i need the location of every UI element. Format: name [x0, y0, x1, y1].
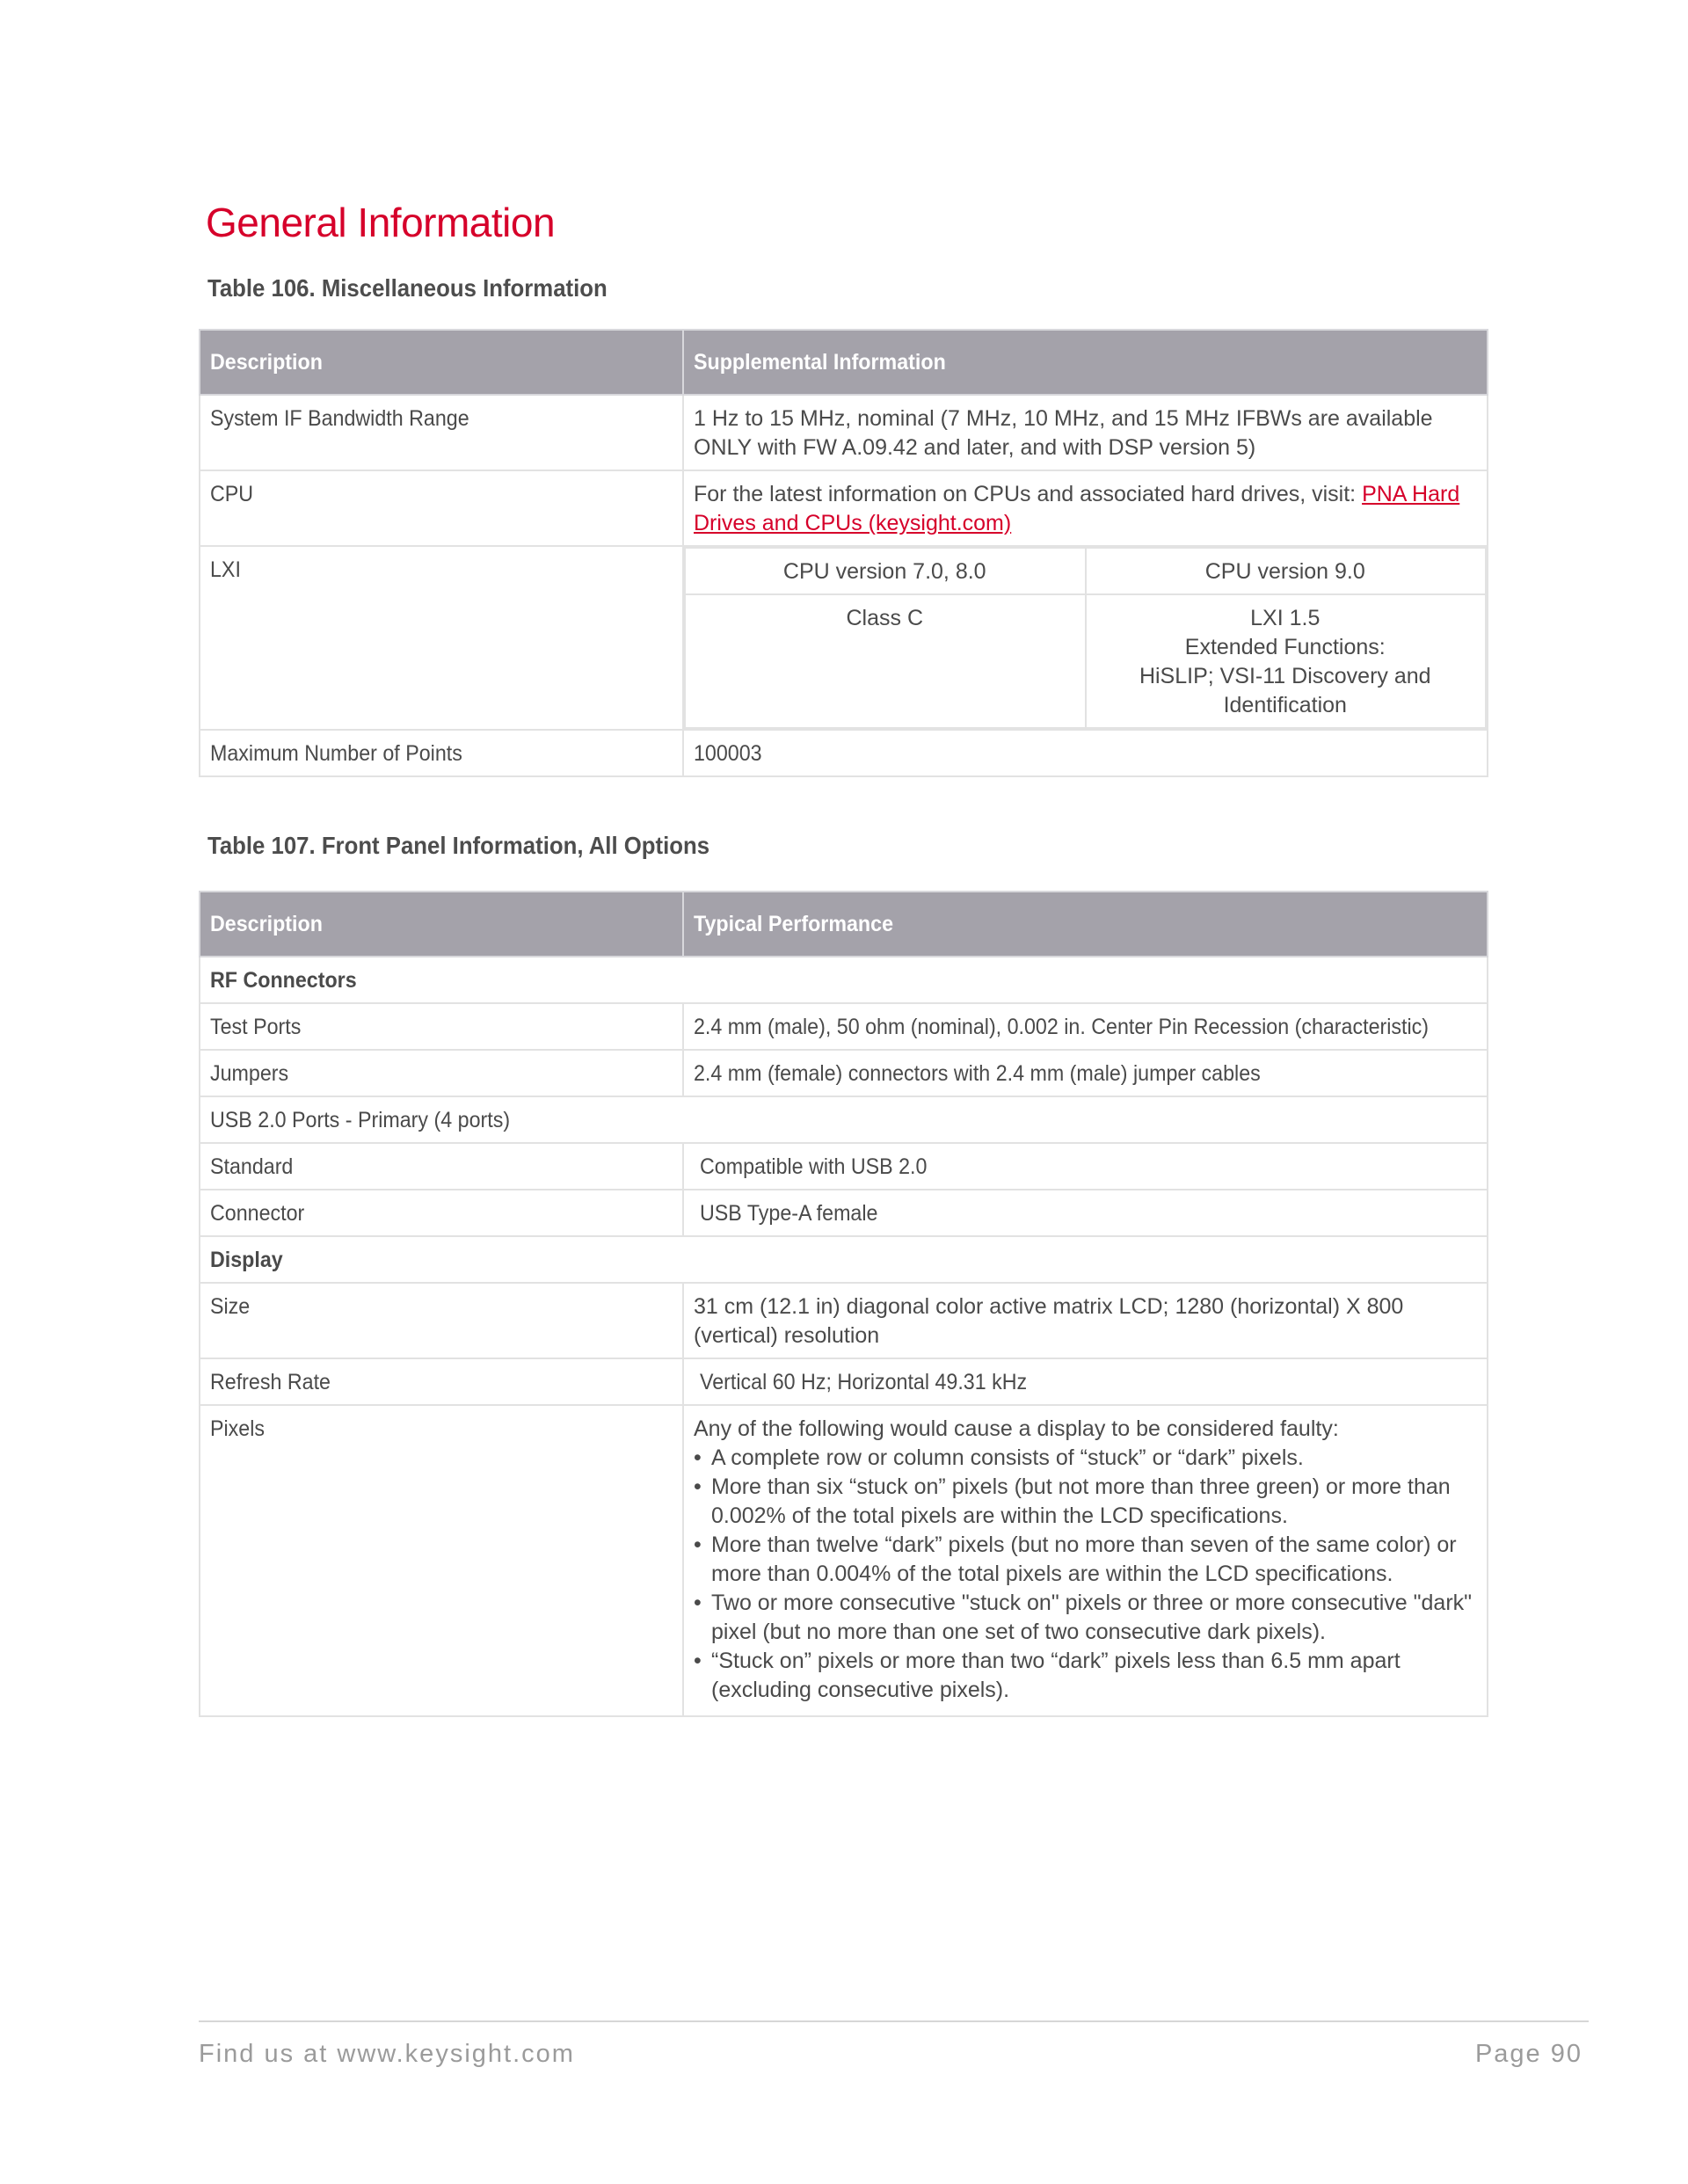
- footer-website: Find us at www.keysight.com: [199, 2040, 575, 2069]
- row-label: System IF Bandwidth Range: [200, 395, 683, 470]
- section-label: Display: [200, 1236, 1488, 1283]
- row-label: Refresh Rate: [200, 1358, 683, 1405]
- row-value: Vertical 60 Hz; Horizontal 49.31 kHz: [683, 1358, 1488, 1405]
- section-label: RF Connectors: [200, 957, 1488, 1003]
- section-row-rf-connectors: RF Connectors: [200, 957, 1488, 1003]
- table-row: Maximum Number of Points 100003: [200, 730, 1488, 776]
- row-label: Test Ports: [200, 1003, 683, 1050]
- table-107-caption: Table 107. Front Panel Information, All …: [207, 832, 709, 860]
- table-row: Pixels Any of the following would cause …: [200, 1405, 1488, 1716]
- list-item: “Stuck on” pixels or more than two “dark…: [694, 1647, 1476, 1705]
- table-row: LXI CPU version 7.0, 8.0 CPU version 9.0…: [200, 546, 1488, 730]
- row-label: Maximum Number of Points: [200, 730, 683, 776]
- row-label: Pixels: [200, 1405, 683, 1716]
- row-label: CPU: [200, 470, 683, 546]
- front-panel-table: Description Typical Performance RF Conne…: [199, 891, 1488, 1717]
- column-header-description: Description: [200, 330, 683, 395]
- list-item: More than twelve “dark” pixels (but no m…: [694, 1531, 1476, 1589]
- section-row-display: Display: [200, 1236, 1488, 1283]
- lxi-cpu-9-header: CPU version 9.0: [1086, 548, 1487, 594]
- table-106-caption: Table 106. Miscellaneous Information: [207, 274, 608, 302]
- list-item: Two or more consecutive "stuck on" pixel…: [694, 1589, 1476, 1647]
- table-row: Jumpers 2.4 mm (female) connectors with …: [200, 1050, 1488, 1096]
- row-value: USB Type-A female: [683, 1190, 1488, 1236]
- row-label: Standard: [200, 1143, 683, 1190]
- row-value: 100003: [683, 730, 1488, 776]
- table-row: Size 31 cm (12.1 in) diagonal color acti…: [200, 1283, 1488, 1358]
- column-header-typical-performance: Typical Performance: [683, 892, 1488, 957]
- row-value: For the latest information on CPUs and a…: [683, 470, 1488, 546]
- lxi-cpu-9-value: LXI 1.5 Extended Functions: HiSLIP; VSI-…: [1086, 594, 1487, 728]
- row-label: Connector: [200, 1190, 683, 1236]
- list-item: A complete row or column consists of “st…: [694, 1444, 1476, 1473]
- column-header-description: Description: [200, 892, 683, 957]
- misc-info-table: Description Supplemental Information Sys…: [199, 329, 1488, 777]
- column-header-supplemental: Supplemental Information: [683, 330, 1488, 395]
- row-value: 2.4 mm (male), 50 ohm (nominal), 0.002 i…: [683, 1003, 1488, 1050]
- row-label: Size: [200, 1283, 683, 1358]
- pixels-fault-list: A complete row or column consists of “st…: [694, 1444, 1476, 1705]
- table-row: Connector USB Type-A female: [200, 1190, 1488, 1236]
- row-value: Compatible with USB 2.0: [683, 1143, 1488, 1190]
- row-value: 31 cm (12.1 in) diagonal color active ma…: [683, 1283, 1488, 1358]
- pixels-intro: Any of the following would cause a displ…: [694, 1415, 1476, 1444]
- row-value: Any of the following would cause a displ…: [683, 1405, 1488, 1716]
- list-item: More than six “stuck on” pixels (but not…: [694, 1473, 1476, 1531]
- row-value: 1 Hz to 15 MHz, nominal (7 MHz, 10 MHz, …: [683, 395, 1488, 470]
- table-row: CPU For the latest information on CPUs a…: [200, 470, 1488, 546]
- table-row: System IF Bandwidth Range 1 Hz to 15 MHz…: [200, 395, 1488, 470]
- group-label: USB 2.0 Ports - Primary (4 ports): [200, 1096, 1488, 1143]
- table-row: Standard Compatible with USB 2.0: [200, 1143, 1488, 1190]
- lxi-cpu-7-8-value: Class C: [685, 594, 1086, 728]
- footer-divider: [199, 2020, 1589, 2022]
- lxi-cpu-7-8-header: CPU version 7.0, 8.0: [685, 548, 1086, 594]
- row-label: Jumpers: [200, 1050, 683, 1096]
- table-row: Test Ports 2.4 mm (male), 50 ohm (nomina…: [200, 1003, 1488, 1050]
- page-title: General Information: [206, 199, 555, 246]
- row-value: 2.4 mm (female) connectors with 2.4 mm (…: [683, 1050, 1488, 1096]
- lxi-nested-cell: CPU version 7.0, 8.0 CPU version 9.0 Cla…: [683, 546, 1488, 730]
- group-row-usb: USB 2.0 Ports - Primary (4 ports): [200, 1096, 1488, 1143]
- row-label: LXI: [200, 546, 683, 730]
- table-row: Refresh Rate Vertical 60 Hz; Horizontal …: [200, 1358, 1488, 1405]
- page-number: Page 90: [1475, 2040, 1582, 2069]
